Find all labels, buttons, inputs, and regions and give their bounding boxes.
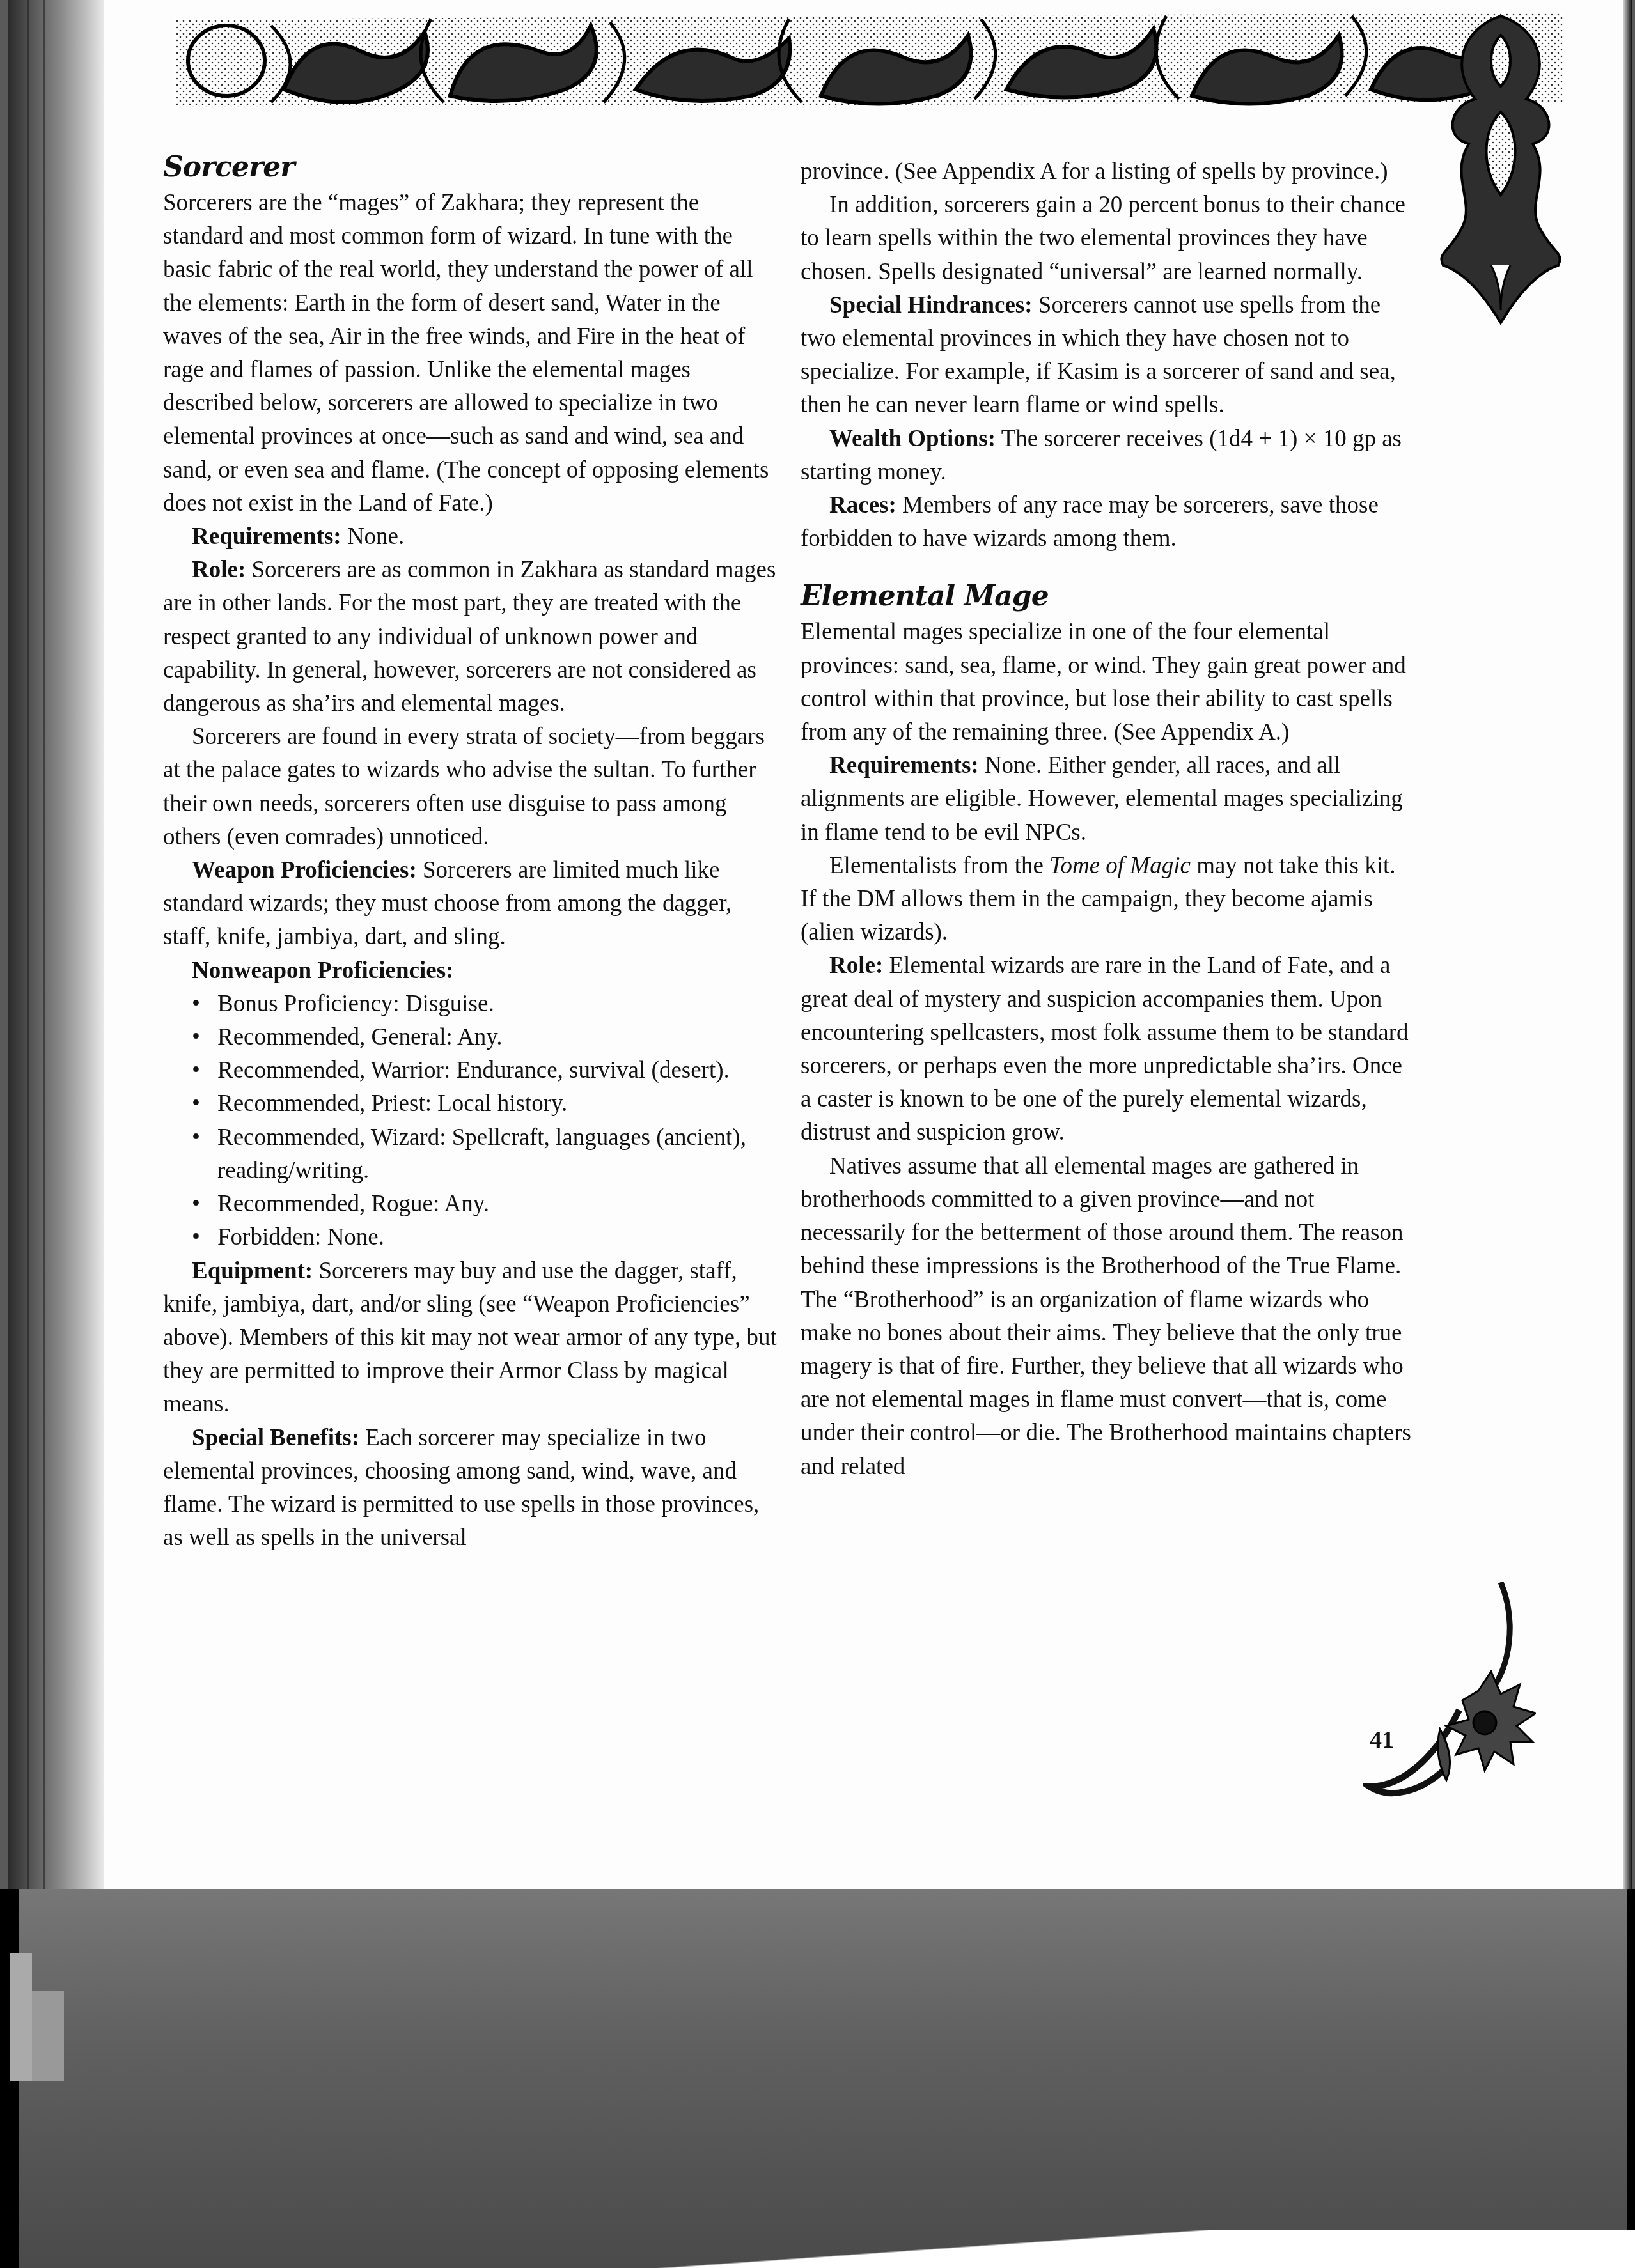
- requirements-label: Requirements:: [192, 524, 341, 550]
- special-hindrances-label: Special Hindrances:: [829, 292, 1033, 318]
- sorcerer-requirements: Requirements: None.: [163, 520, 777, 554]
- sorcerer-intro: Sorcerers are the “mages” of Zakhara; th…: [163, 187, 777, 520]
- list-item: Recommended, Priest: Local history.: [192, 1087, 777, 1121]
- section-heading-elemental-mage: Elemental Mage: [801, 577, 1414, 616]
- wealth-options-label: Wealth Options:: [829, 426, 996, 452]
- page-right-edge: [1623, 0, 1632, 1889]
- list-item: Recommended, Rogue: Any.: [192, 1188, 777, 1221]
- list-item: Recommended, Wizard: Spellcraft, languag…: [192, 1121, 777, 1188]
- scan-artifact: [32, 1991, 64, 2081]
- role-label: Role:: [829, 952, 883, 979]
- sorcerer-races: Races: Members of any race may be sorcer…: [801, 489, 1414, 555]
- role-text: Sorcerers are as common in Zakhara as st…: [163, 557, 776, 717]
- sorcerer-bonus: In addition, sorcerers gain a 20 percent…: [801, 189, 1414, 289]
- arabesque-border-icon: [175, 6, 1563, 107]
- sorcerer-wealth-options: Wealth Options: The sorcerer receives (1…: [801, 423, 1414, 489]
- nonweapon-proficiencies-label: Nonweapon Proficiencies:: [163, 954, 777, 988]
- floral-pendant-icon: [1437, 10, 1565, 329]
- races-label: Races:: [829, 492, 896, 518]
- list-item: Recommended, Warrior: Endurance, surviva…: [192, 1054, 777, 1087]
- requirements-label: Requirements:: [829, 752, 979, 779]
- sorcerer-weapon-proficiencies: Weapon Proficiencies: Sorcerers are limi…: [163, 854, 777, 954]
- weapon-proficiencies-label: Weapon Proficiencies:: [192, 857, 417, 883]
- nonweapon-proficiencies-list: Bonus Proficiency: Disguise. Recommended…: [163, 988, 777, 1255]
- sorcerer-equipment: Equipment: Sorcerers may buy and use the…: [163, 1255, 777, 1422]
- sorcerer-special-hindrances: Special Hindrances: Sorcerers cannot use…: [801, 289, 1414, 423]
- gutter-crease: [43, 0, 45, 1889]
- sorcerer-role: Role: Sorcerers are as common in Zakhara…: [163, 554, 777, 720]
- sorcerer-special-benefits: Special Benefits: Each sorcerer may spec…: [163, 1422, 777, 1555]
- elementalists-text: Elementalists from the: [829, 853, 1049, 879]
- role-label: Role:: [192, 557, 246, 583]
- page-number: 41: [1370, 1726, 1394, 1754]
- list-item: Bonus Proficiency: Disguise.: [192, 988, 777, 1021]
- floral-corner-icon: [1363, 1582, 1536, 1806]
- scan-artifact: [1627, 1889, 1635, 2268]
- role-text: Elemental wizards are rare in the Land o…: [801, 952, 1408, 1146]
- scan-artifact: [10, 1953, 32, 2081]
- gutter-crease: [27, 0, 29, 1889]
- scanner-background: [0, 1889, 1635, 2268]
- special-benefits-continued: province. (See Appendix A for a listing …: [801, 155, 1414, 189]
- elemental-mage-natives: Natives assume that all elemental mages …: [801, 1150, 1414, 1484]
- left-column: Sorcerer Sorcerers are the “mages” of Za…: [163, 148, 777, 1555]
- list-item: Recommended, General: Any.: [192, 1021, 777, 1054]
- elemental-mage-requirements: Requirements: None. Either gender, all r…: [801, 749, 1414, 850]
- sorcerer-society: Sorcerers are found in every strata of s…: [163, 720, 777, 854]
- requirements-text: None.: [341, 524, 405, 550]
- elemental-mage-elementalists: Elementalists from the Tome of Magic may…: [801, 850, 1414, 950]
- book-title-tome-of-magic: Tome of Magic: [1049, 853, 1191, 879]
- book-gutter-shadow: [8, 0, 104, 1889]
- right-column: province. (See Appendix A for a listing …: [801, 155, 1414, 1484]
- section-heading-sorcerer: Sorcerer: [163, 148, 777, 187]
- list-item: Forbidden: None.: [192, 1221, 777, 1254]
- special-benefits-label: Special Benefits:: [192, 1425, 359, 1451]
- scan-artifact: [0, 2230, 1635, 2268]
- elemental-mage-intro: Elemental mages specialize in one of the…: [801, 616, 1414, 749]
- book-page: Sorcerer Sorcerers are the “mages” of Za…: [8, 0, 1632, 1889]
- equipment-label: Equipment:: [192, 1258, 313, 1284]
- elemental-mage-role: Role: Elemental wizards are rare in the …: [801, 949, 1414, 1149]
